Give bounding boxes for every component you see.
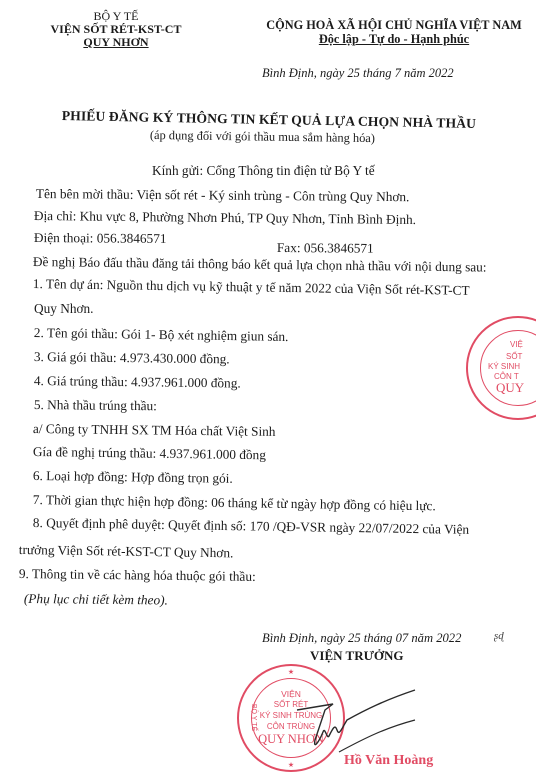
issuing-agency-block: BỘ Y TẾ VIỆN SỐT RÉT-KST-CT QUY NHƠN: [36, 10, 196, 49]
signer-name: Hồ Văn Hoàng: [344, 753, 433, 769]
item-8-line-a: 8. Quyết định phê duyệt: Quyết định số: …: [33, 515, 469, 538]
national-header-block: CỘNG HOÀ XÃ HỘI CHỦ NGHĨA VIỆT NAM Độc l…: [244, 18, 536, 46]
item-4: 4. Giá trúng thầu: 4.937.961.000 đồng.: [34, 373, 241, 392]
edge-stamp: VIỆ SỐT KÝ SINH CÔN T QUY: [466, 316, 536, 420]
signer-title: VIỆN TRƯỞNG: [310, 648, 404, 664]
fax-line: Fax: 056.3846571: [277, 240, 374, 257]
document-date: Bình Định, ngày 25 tháng 7 năm 2022: [262, 66, 454, 81]
star-icon: ★: [237, 668, 345, 676]
item-1-line-b: Quy Nhơn.: [34, 301, 93, 317]
national-motto: Độc lập - Tự do - Hạnh phúc: [244, 32, 536, 46]
initials-mark: ʂɖ: [494, 630, 504, 642]
item-7: 7. Thời gian thực hiện hợp đồng: 06 thán…: [33, 492, 436, 514]
phone-line: Điện thoại: 056.3846571: [34, 230, 167, 247]
item-9: 9. Thông tin về các hàng hóa thuộc gói t…: [19, 566, 256, 585]
item-2: 2. Tên gói thầu: Gói 1- Bộ xét nghiệm gi…: [34, 325, 289, 345]
address-line: Địa chỉ: Khu vực 8, Phường Nhơn Phú, TP …: [34, 208, 416, 228]
item-3: 3. Giá gói thầu: 4.973.430.000 đồng.: [34, 349, 230, 367]
item-6: 6. Loại hợp đồng: Hợp đồng trọn gói.: [33, 468, 233, 487]
request-line: Đề nghị Báo đấu thầu đăng tải thông báo …: [33, 254, 487, 276]
nation-name: CỘNG HOÀ XÃ HỘI CHỦ NGHĨA VIỆT NAM: [244, 18, 536, 32]
edge-stamp-line: QUY: [496, 380, 524, 396]
signature-date: Bình Định, ngày 25 tháng 07 năm 2022: [262, 631, 461, 646]
document-subtitle: (áp dụng đối với gói thầu mua sắm hàng h…: [150, 128, 375, 146]
item-8-line-b: trưởng Viện Sốt rét-KST-CT Quy Nhơn.: [19, 542, 234, 561]
item-9-appendix-note: (Phụ lục chi tiết kèm theo).: [24, 591, 168, 609]
institute-city: QUY NHƠN: [36, 36, 196, 49]
document-title: PHIẾU ĐĂNG KÝ THÔNG TIN KẾT QUẢ LỰA CHỌN…: [62, 108, 477, 132]
item-5: 5. Nhà thầu trúng thầu:: [34, 397, 157, 414]
item-5-contractor: a/ Công ty TNHH SX TM Hóa chất Việt Sinh: [33, 421, 276, 440]
recipient-line: Kính gửi: Cổng Thông tin điện tử Bộ Y tế: [152, 163, 375, 179]
inviter-line: Tên bên mời thầu: Viện sốt rét - Ký sinh…: [36, 186, 410, 205]
item-1-line-a: 1. Tên dự án: Nguồn thu dịch vụ kỹ thuật…: [33, 276, 470, 299]
edge-stamp-line: SỐT: [506, 352, 522, 361]
edge-stamp-line: KÝ SINH: [488, 362, 520, 371]
edge-stamp-line: VIỆ: [510, 340, 523, 349]
item-5-proposed-price: Gía đề nghị trúng thầu: 4.937.961.000 đồ…: [33, 444, 266, 463]
